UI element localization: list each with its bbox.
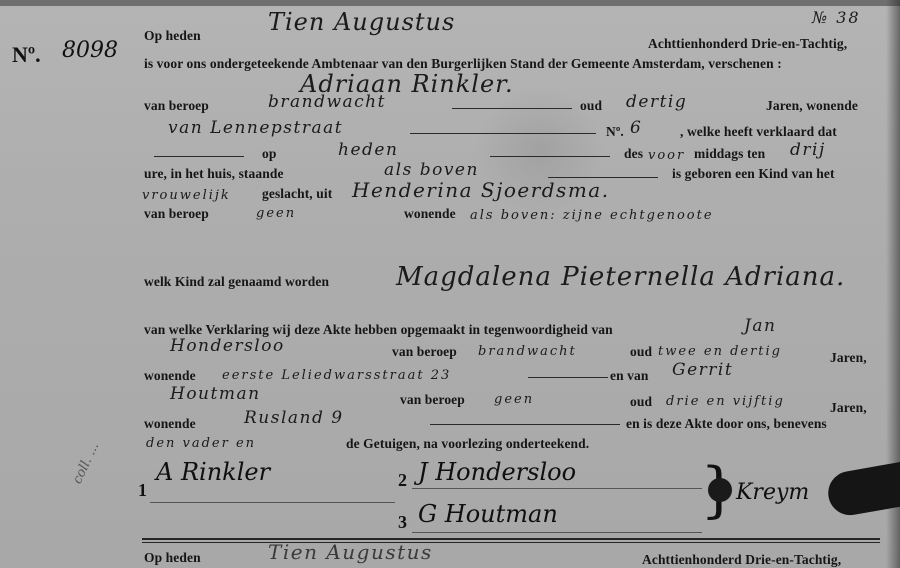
printed-van-beroep-2: van beroep	[144, 206, 209, 222]
hw-next-date: Tien Augustus	[268, 540, 433, 564]
printed-middags-ten: middags ten	[694, 146, 765, 162]
entry-separator-rule	[142, 538, 880, 540]
signature-number-1: 1	[138, 480, 147, 501]
hw-part-of-day: voor	[648, 148, 685, 163]
official-signature: Kreym	[736, 480, 809, 505]
signature-number-3: 3	[398, 512, 407, 533]
hw-street: van Lennepstraat	[168, 118, 343, 138]
signature-2: J Hondersloo	[418, 458, 576, 486]
printed-oud-2: oud	[630, 344, 652, 360]
record-number: 8098	[62, 38, 118, 63]
hw-signing-note: den vader en	[146, 436, 256, 451]
printed-akte-door-ons: en is deze Akte door ons, benevens	[626, 416, 827, 432]
signature-line	[412, 532, 702, 533]
record-number-label: Nº.	[12, 42, 41, 68]
printed-jaren-2: Jaren,	[830, 400, 867, 416]
printed-year: Achttienhonderd Drie-en-Tachtig,	[648, 36, 847, 52]
printed-oud: oud	[580, 98, 602, 114]
fill-line	[430, 424, 620, 425]
printed-op-heden: Op heden	[144, 28, 201, 44]
printed-oud-3: oud	[630, 394, 652, 410]
printed-wonende-2: wonende	[144, 368, 196, 384]
hw-witness1-occupation: brandwacht	[478, 344, 577, 359]
printed-getuigen: de Getuigen, na voorlezing onderteekend.	[346, 436, 589, 452]
printed-next-op-heden: Op heden	[144, 550, 201, 566]
folio-mark: № 38	[812, 8, 861, 27]
hw-mother-name: Henderina Sjoerdsma.	[352, 178, 610, 202]
hw-witness1-age: twee en dertig	[658, 344, 782, 359]
hw-declarant-occupation: brandwacht	[268, 92, 386, 112]
printed-next-year: Achttienhonderd Drie-en-Tachtig,	[642, 552, 841, 568]
hw-declarant-age: dertig	[626, 92, 687, 112]
hw-witness2-last: Houtman	[170, 384, 261, 404]
hw-witness2-age: drie en vijftig	[666, 394, 785, 409]
hw-witness1-first: Jan	[744, 316, 776, 336]
printed-wonende-3: wonende	[144, 416, 196, 432]
hw-child-name: Magdalena Pieternella Adriana.	[396, 262, 845, 292]
signature-3: G Houtman	[418, 500, 558, 528]
fill-line	[490, 156, 610, 157]
hw-witness2-first: Gerrit	[672, 360, 733, 380]
register-page: Nº. 8098 № 38 Op heden Tien Augustus Ach…	[0, 0, 900, 568]
fill-line	[154, 156, 244, 157]
printed-van-beroep: van beroep	[144, 98, 209, 114]
entry-separator-rule	[142, 542, 880, 543]
fill-line	[452, 108, 572, 109]
hw-witness2-occupation: geen	[494, 392, 534, 407]
hw-witness2-residence: Rusland 9	[244, 408, 344, 428]
printed-ure-huis: ure, in het huis, staande	[144, 166, 284, 182]
printed-jaren: Jaren,	[830, 350, 867, 366]
hw-mother-occupation: geen	[256, 206, 296, 221]
printed-geslacht-uit: geslacht, uit	[262, 186, 332, 202]
hw-witness1-residence: eerste Leliedwarsstraat 23	[222, 368, 451, 383]
margin-note: coll. ...	[70, 440, 102, 486]
printed-wonende: wonende	[404, 206, 456, 222]
signature-line	[150, 502, 395, 503]
printed-no: Nº.	[606, 124, 624, 140]
hw-house-number: 6	[630, 118, 642, 138]
printed-des: des	[624, 146, 643, 162]
printed-van-beroep-3: van beroep	[392, 344, 457, 360]
printed-op: op	[262, 146, 276, 162]
hw-hour: drij	[790, 140, 826, 160]
printed-van-beroep-4: van beroep	[400, 392, 465, 408]
signature-1: A Rinkler	[156, 458, 270, 486]
printed-is-geboren: is geboren een Kind van het	[672, 166, 835, 182]
ink-seal	[708, 478, 732, 502]
fill-line	[528, 377, 608, 378]
hw-house-location: als boven	[384, 160, 479, 180]
hw-day: heden	[338, 140, 398, 160]
printed-welke-heeft: , welke heeft verklaard dat	[680, 124, 837, 140]
hw-witness1-last: Hondersloo	[170, 336, 285, 356]
signature-line	[412, 488, 702, 489]
printed-kind-genaamd: welk Kind zal genaamd worden	[144, 274, 329, 290]
printed-jaren-wonende: Jaren, wonende	[766, 98, 858, 114]
hw-mother-residence: als boven: zijne echtgenoote	[470, 208, 714, 223]
fill-line	[410, 133, 596, 134]
hw-sex: vrouwelijk	[142, 188, 231, 203]
page-top-edge	[0, 0, 900, 6]
signature-number-2: 2	[398, 470, 407, 491]
printed-en-van: en van	[610, 368, 648, 384]
hw-date: Tien Augustus	[268, 8, 455, 36]
